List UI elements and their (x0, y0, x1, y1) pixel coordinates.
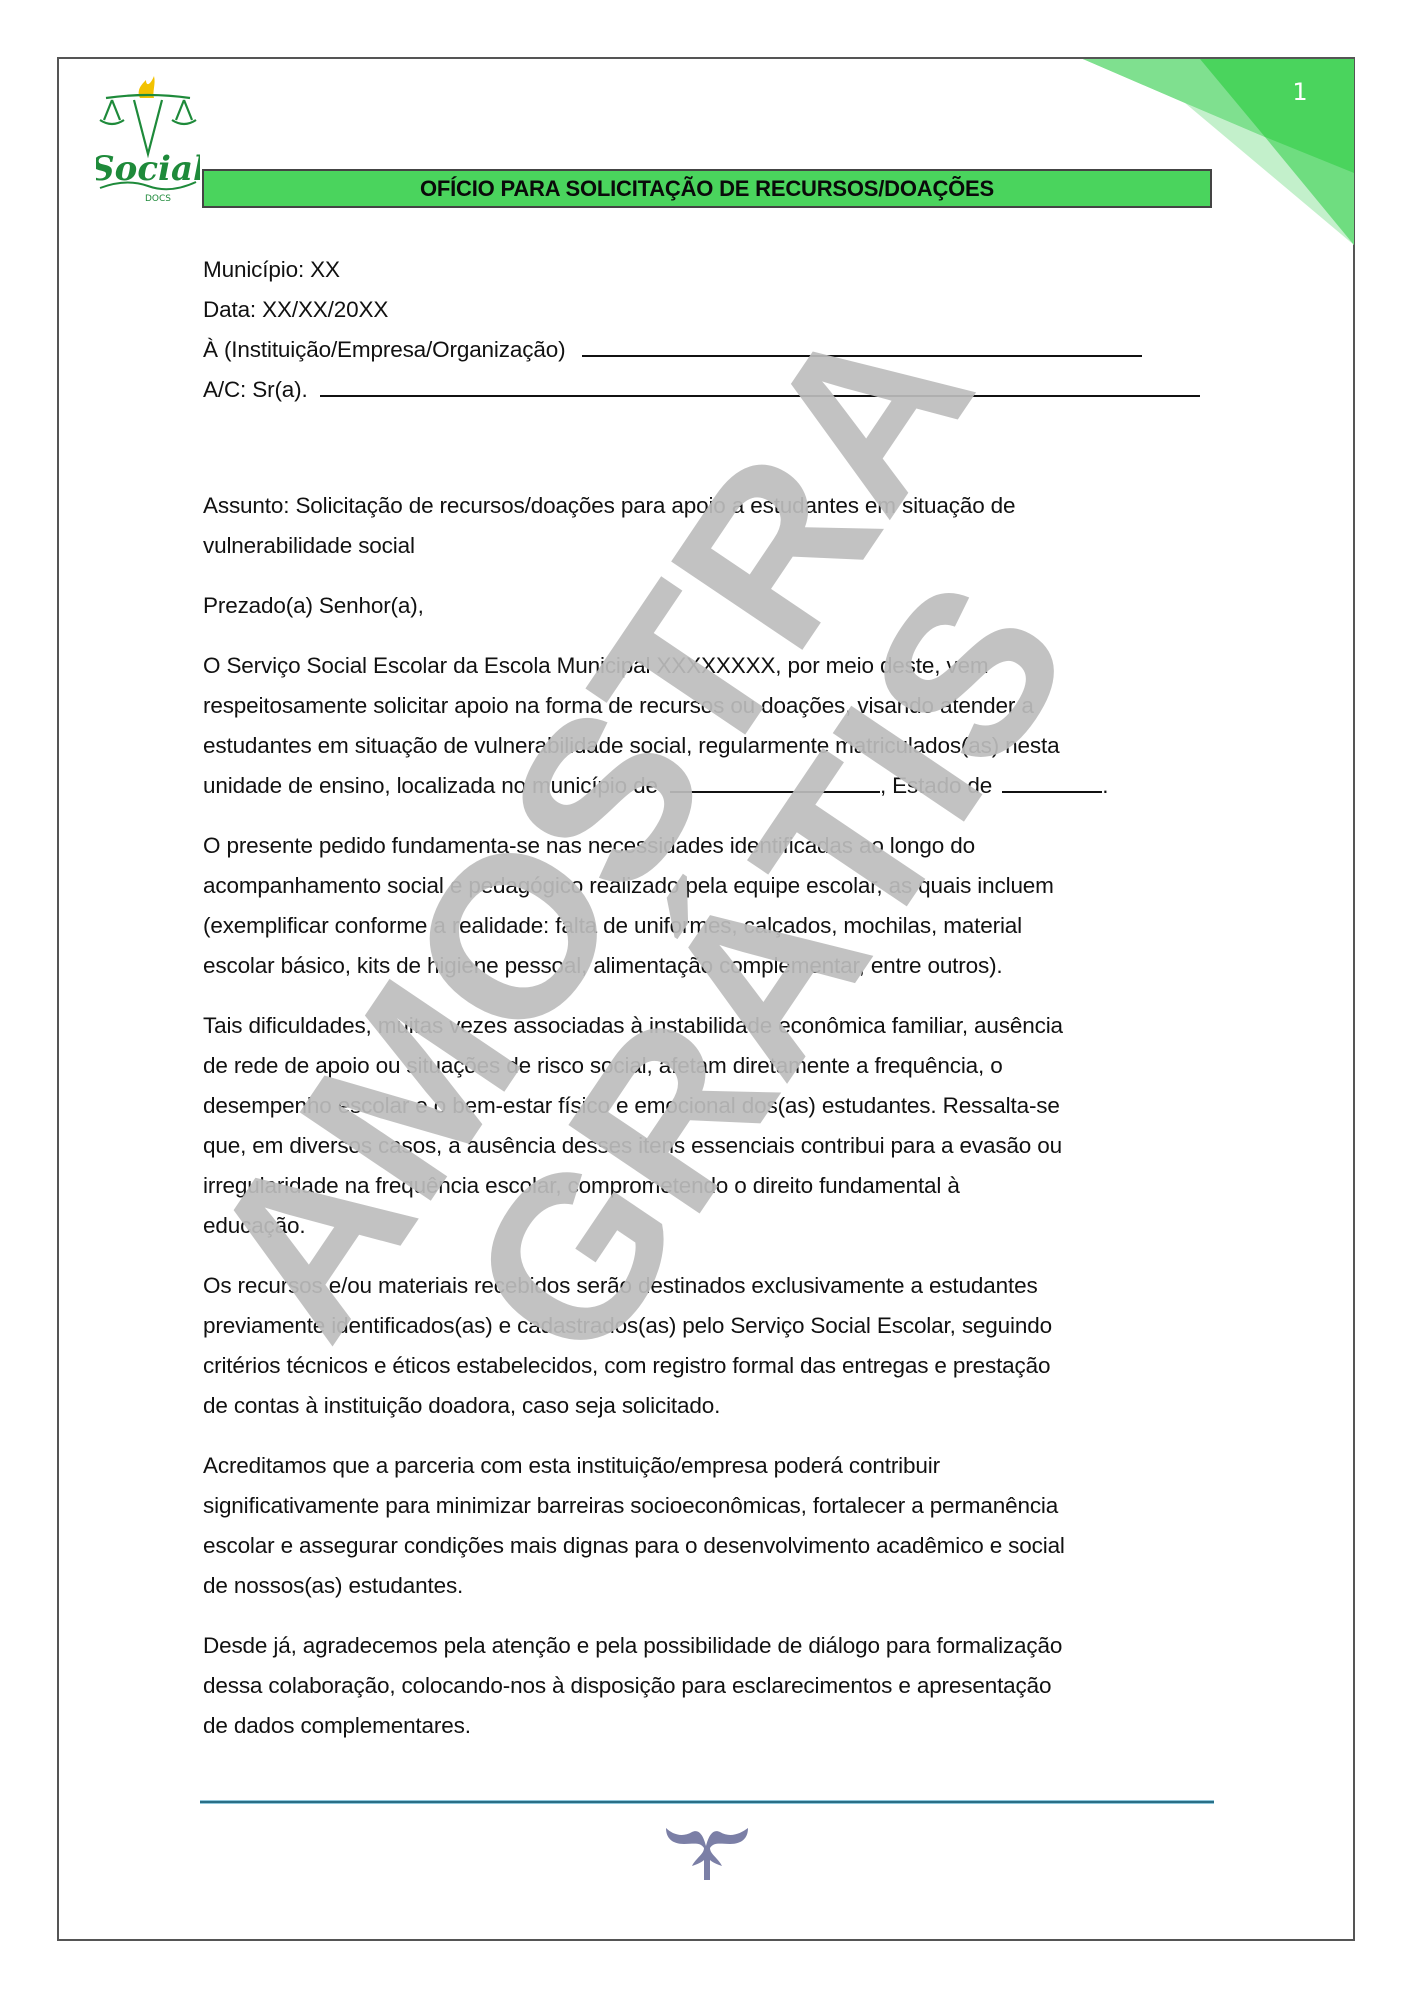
assunto-line: vulnerabilidade social (203, 526, 1215, 566)
paragraph-line: Acreditamos que a parceria com esta inst… (203, 1446, 1215, 1486)
estado-blank[interactable] (1002, 769, 1102, 793)
footer-divider (200, 1800, 1214, 1804)
paragraph-line: que, em diversos casos, a ausência desse… (203, 1126, 1215, 1166)
paragraph-line: de dados complementares. (203, 1706, 1215, 1746)
paragraph-line: escolar básico, kits de higiene pessoal,… (203, 946, 1215, 986)
paragraph-6: Desde já, agradecemos pela atenção e pel… (203, 1626, 1215, 1746)
paragraph-line: critérios técnicos e éticos estabelecido… (203, 1346, 1215, 1386)
municipio-blank[interactable] (670, 769, 880, 793)
paragraph-line: de contas à instituição doadora, caso se… (203, 1386, 1215, 1426)
paragraph-line: educação. (203, 1206, 1215, 1246)
paragraph-line: (exemplificar conforme a realidade: falt… (203, 906, 1215, 946)
paragraph-line: estudantes em situação de vulnerabilidad… (203, 726, 1215, 766)
paragraph-2: O presente pedido fundamenta-se nas nece… (203, 826, 1215, 986)
paragraph-5: Acreditamos que a parceria com esta inst… (203, 1446, 1215, 1606)
paragraph-line: desempenho escolar e o bem-estar físico … (203, 1086, 1215, 1126)
paragraph-line: irregularidade na frequência escolar, co… (203, 1166, 1215, 1206)
paragraph-1: O Serviço Social Escolar da Escola Munic… (203, 646, 1215, 806)
paragraph-line: de rede de apoio ou situações de risco s… (203, 1046, 1215, 1086)
paragraph-line: Desde já, agradecemos pela atenção e pel… (203, 1626, 1215, 1666)
paragraph-text: . (1102, 773, 1108, 798)
assunto-paragraph: Assunto: Solicitação de recursos/doações… (203, 486, 1215, 566)
salutation: Prezado(a) Senhor(a), (203, 586, 1215, 626)
paragraph-line: de nossos(as) estudantes. (203, 1566, 1215, 1606)
scales-icon (100, 95, 196, 154)
paragraph-line: escolar e assegurar condições mais digna… (203, 1526, 1215, 1566)
data-line: Data: XX/XX/20XX (203, 290, 1215, 330)
ac-label: A/C: Sr(a). (203, 377, 308, 402)
assunto-line: Assunto: Solicitação de recursos/doações… (203, 486, 1215, 526)
paragraph-text: unidade de ensino, localizada no municíp… (203, 773, 658, 798)
title-bar: OFÍCIO PARA SOLICITAÇÃO DE RECURSOS/DOAÇ… (202, 169, 1212, 208)
logo-subtitle: DOCS (145, 194, 171, 204)
ac-blank[interactable] (320, 373, 1200, 397)
header-fields: Município: XX Data: XX/XX/20XX À (Instit… (203, 250, 1215, 410)
social-docs-logo: Social DOCS (96, 68, 200, 204)
paragraph-line: acompanhamento social e pedagógico reali… (203, 866, 1215, 906)
municipio-line: Município: XX (203, 250, 1215, 290)
salutation-line: Prezado(a) Senhor(a), (203, 586, 1215, 626)
paragraph-text: , Estado de (880, 773, 992, 798)
paragraph-line: O Serviço Social Escolar da Escola Munic… (203, 646, 1215, 686)
paragraph-line: respeitosamente solicitar apoio na forma… (203, 686, 1215, 726)
letter-body: Assunto: Solicitação de recursos/doações… (203, 486, 1215, 1766)
paragraph-line: Os recursos e/ou materiais recebidos ser… (203, 1266, 1215, 1306)
paragraph-line: previamente identificados(as) e cadastra… (203, 1306, 1215, 1346)
destinatario-blank[interactable] (582, 333, 1142, 357)
ac-line: A/C: Sr(a). (203, 370, 1215, 410)
paragraph-4: Os recursos e/ou materiais recebidos ser… (203, 1266, 1215, 1426)
page-number: 1 (1285, 78, 1315, 106)
document-title: OFÍCIO PARA SOLICITAÇÃO DE RECURSOS/DOAÇ… (420, 176, 994, 202)
logo-wordmark: Social (96, 149, 200, 189)
paragraph-line: significativamente para minimizar barrei… (203, 1486, 1215, 1526)
paragraph-line: unidade de ensino, localizada no municíp… (203, 766, 1215, 806)
paragraph-line: O presente pedido fundamenta-se nas nece… (203, 826, 1215, 866)
fleuron-ornament-icon (664, 1824, 750, 1880)
paragraph-line: Tais dificuldades, muitas vezes associad… (203, 1006, 1215, 1046)
paragraph-line: dessa colaboração, colocando-nos à dispo… (203, 1666, 1215, 1706)
paragraph-3: Tais dificuldades, muitas vezes associad… (203, 1006, 1215, 1246)
destinatario-line: À (Instituição/Empresa/Organização) (203, 330, 1215, 370)
destinatario-label: À (Instituição/Empresa/Organização) (203, 337, 565, 362)
